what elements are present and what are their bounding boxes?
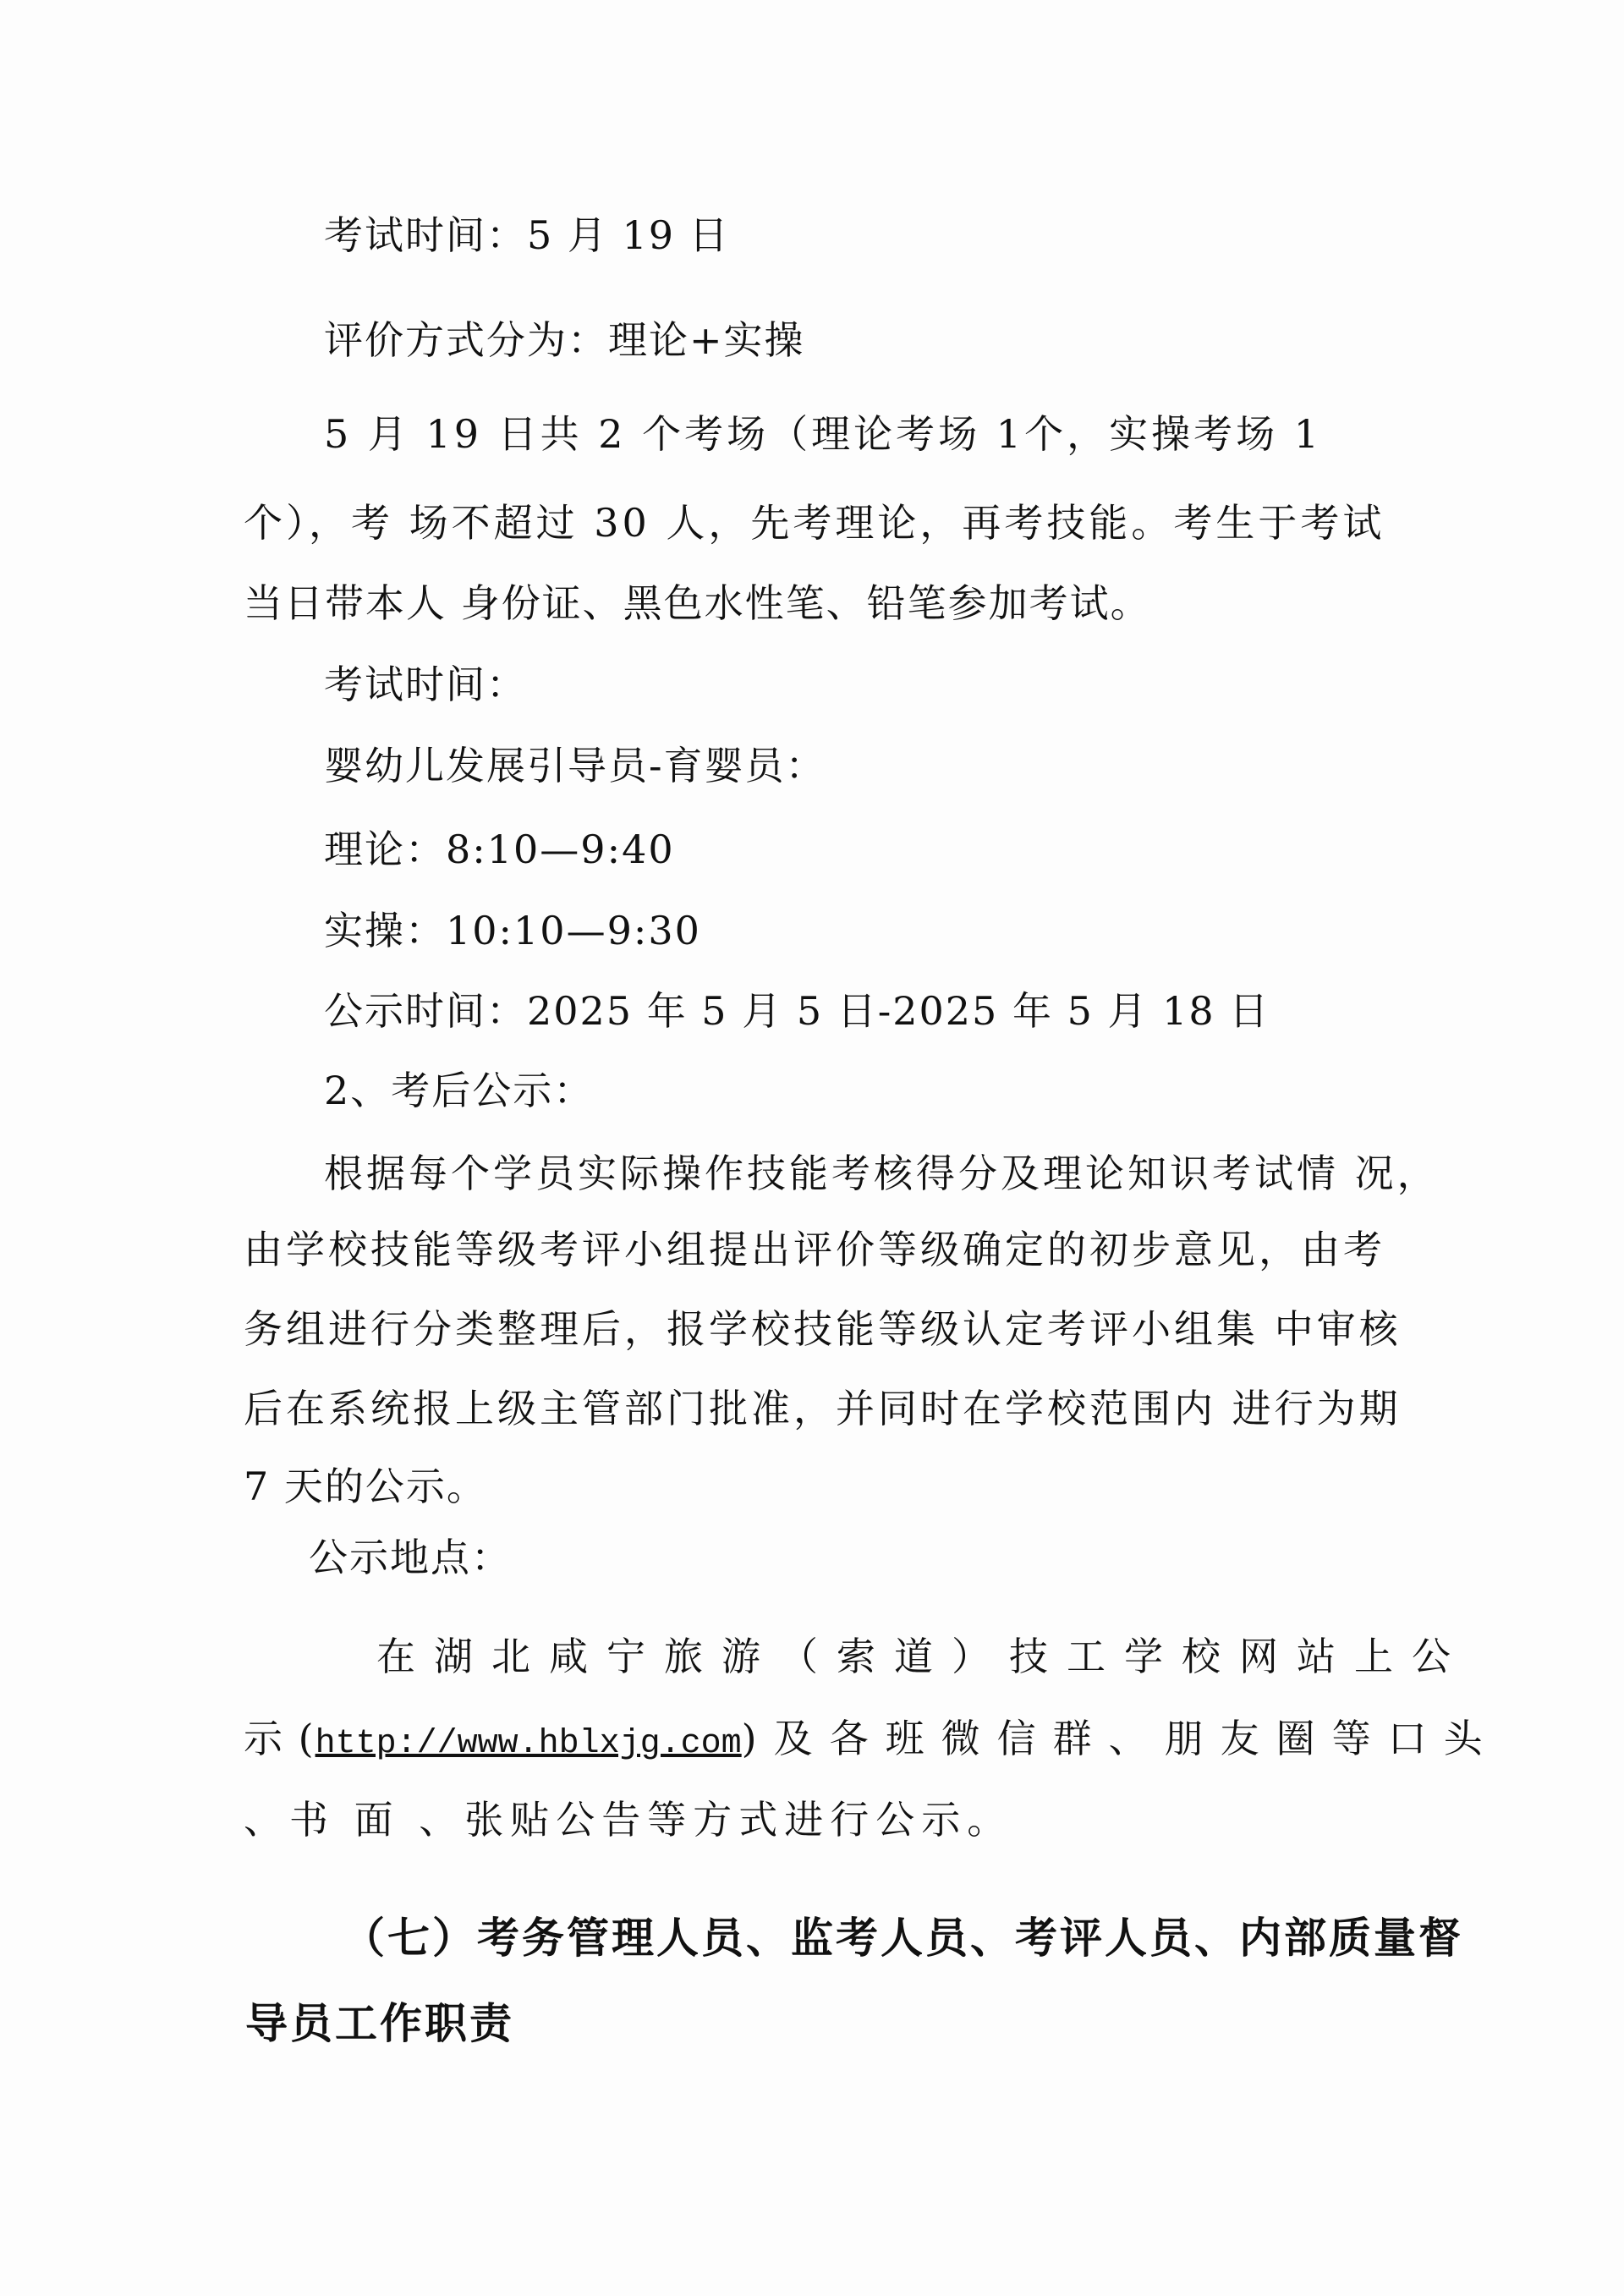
post-exam-heading: 2、考后公示：: [324, 1067, 594, 1114]
location-prefix: 示 (: [244, 1716, 315, 1761]
venues-line-3: 当日带本人 身份证、黑色水性笔、铅笔参加考试。: [244, 579, 1151, 627]
location-line-1: 在湖北咸宁旅游（索道）技工学校网站上公: [376, 1633, 1469, 1680]
section-7-heading-line-2: 导员工作职责: [245, 2000, 514, 2047]
post-exam-line-1: 根据每个学员实际操作技能考核得分及理论知识考试情 况，: [324, 1150, 1440, 1197]
post-exam-line-4: 后在系统报上级主管部门批准，并同时在学校范围内 进行为期: [244, 1385, 1402, 1432]
post-exam-line-2: 由学校技能等级考评小组提出评价等级确定的初步意见，由考: [244, 1226, 1385, 1273]
evaluation-method-line: 评价方式分为：理论+实操: [324, 316, 805, 364]
post-exam-line-5: 7 天的公示。: [244, 1463, 487, 1510]
publicity-period-line: 公示时间：2025 年 5 月 5 日-2025 年 5 月 18 日: [324, 987, 1270, 1035]
venues-line-2: 个），考 场不超过 30 人，先考理论，再考技能。考生于考试: [244, 499, 1385, 547]
venues-line-1: 5 月 19 日共 2 个考场（理论考场 1个，实操考场 1: [324, 410, 1322, 458]
location-line-2: 示 (http://www.hblxjg.com)及各班微信群、朋友圈等口头: [244, 1715, 1500, 1768]
location-line-3: 、书 面 、张贴公告等方式进行公示。: [244, 1796, 1012, 1843]
document-page: 考试时间：5 月 19 日 评价方式分为：理论+实操 5 月 19 日共 2 个…: [0, 0, 1624, 2296]
location-label: 公示地点：: [309, 1534, 512, 1581]
practical-time-line: 实操：10:10—9:30: [324, 907, 701, 954]
location-suffix: )及各班微信群、朋友圈等口头: [742, 1716, 1500, 1761]
school-website-link[interactable]: http://www.hblxjg.com: [315, 1725, 742, 1763]
occupation-line: 婴幼儿发展引导员-育婴员：: [324, 742, 826, 789]
post-exam-line-3: 务组进行分类整理后，报学校技能等级认定考评小组集 中审核: [244, 1305, 1402, 1353]
exam-date-line: 考试时间：5 月 19 日: [324, 211, 730, 259]
section-7-heading-line-1: （七）考务管理人员、监考人员、考评人员、内部质量督: [343, 1914, 1463, 1962]
exam-time-label: 考试时间：: [324, 661, 527, 708]
theory-time-line: 理论：8:10—9:40: [324, 826, 675, 873]
